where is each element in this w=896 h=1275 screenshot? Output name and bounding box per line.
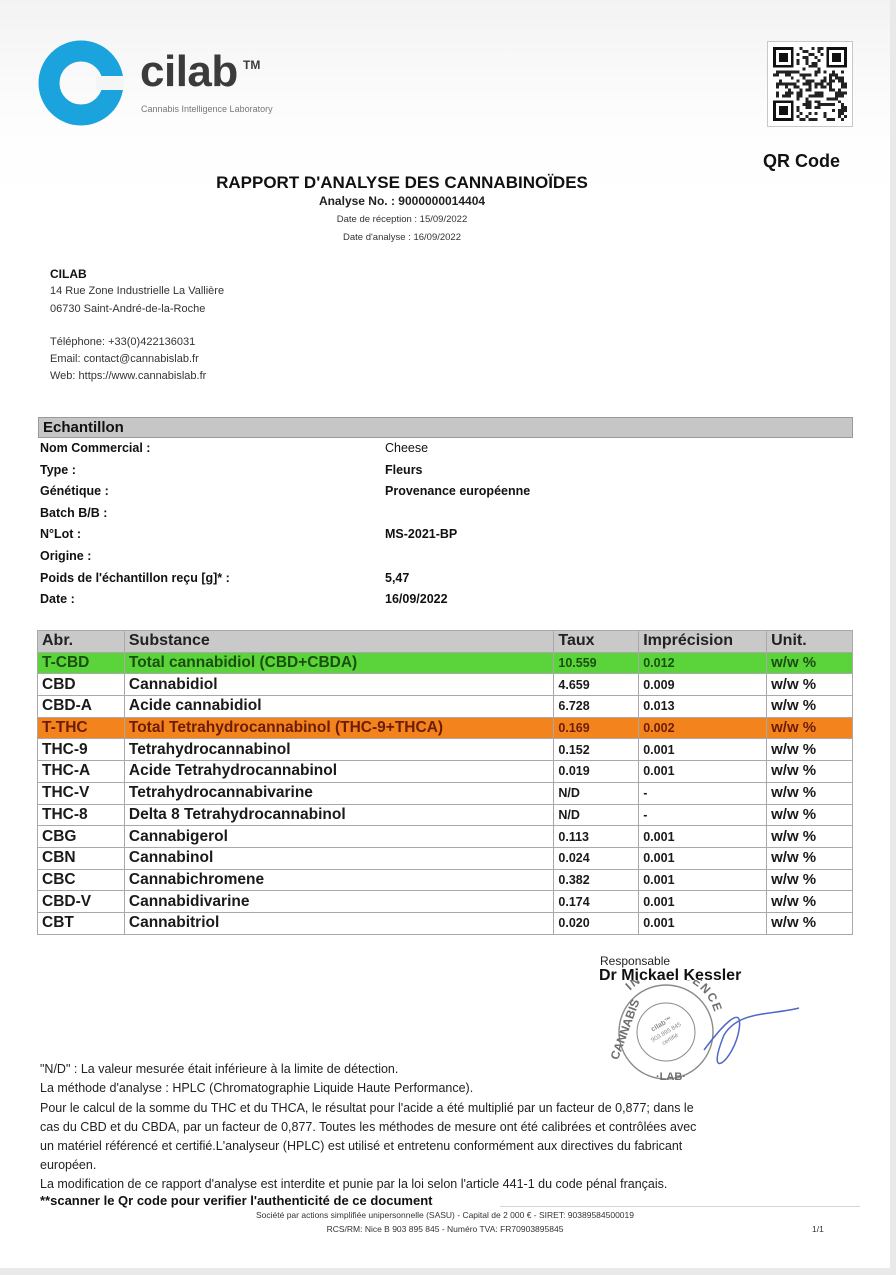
brand-tagline: Cannabis Intelligence Laboratory: [141, 104, 273, 114]
table-row: CBD-VCannabidivarine0.1740.001w/w %: [38, 891, 853, 913]
sample-field-label: Poids de l'échantillon reçu [g]* :: [40, 571, 230, 585]
cell-unit: w/w %: [767, 782, 853, 804]
table-row: CBCCannabichromene0.3820.001w/w %: [38, 869, 853, 891]
cell-imprecision: 0.001: [639, 869, 767, 891]
c-ring-logo-icon: [38, 40, 124, 126]
cell-imprecision: 0.001: [639, 739, 767, 761]
table-row: THC-9Tetrahydrocannabinol0.1520.001w/w %: [38, 739, 853, 761]
cell-abbr: THC-V: [38, 782, 125, 804]
cell-abbr: CBD-V: [38, 891, 125, 913]
signature-role: Responsable: [600, 954, 670, 968]
cell-substance: Total Tetrahydrocannabinol (THC-9+THCA): [124, 717, 554, 739]
table-row: CBDCannabidiol4.6590.009w/w %: [38, 674, 853, 696]
table-row: THC-8Delta 8 TetrahydrocannabinolN/D-w/w…: [38, 804, 853, 826]
cell-abbr: CBT: [38, 912, 125, 934]
page-number: 1/1: [812, 1224, 824, 1234]
cell-abbr: THC-A: [38, 761, 125, 783]
cell-rate: 0.019: [554, 761, 639, 783]
cell-abbr: CBC: [38, 869, 125, 891]
report-page: cilab TM Cannabis Intelligence Laborator…: [0, 0, 890, 1268]
sample-field-value: Fleurs: [385, 463, 423, 477]
cell-rate: 4.659: [554, 674, 639, 696]
note-method: La méthode d'analyse : HPLC (Chromatogra…: [40, 1079, 860, 1098]
cannabinoid-results-table: Abr. Substance Taux Imprécision Unit. T-…: [37, 630, 853, 935]
cell-rate: 0.169: [554, 717, 639, 739]
footer-company-info: Société par actions simplifiée uniperson…: [0, 1210, 890, 1220]
column-header-unit: Unit.: [767, 631, 853, 653]
note-nd: "N/D" : La valeur mesurée était inférieu…: [40, 1060, 860, 1079]
cell-rate: 10.559: [554, 652, 639, 674]
cell-unit: w/w %: [767, 804, 853, 826]
cell-rate: 6.728: [554, 696, 639, 718]
column-header-imprecision: Imprécision: [639, 631, 767, 653]
cell-rate: 0.152: [554, 739, 639, 761]
cell-substance: Cannabidiol: [124, 674, 554, 696]
table-row: T-THCTotal Tetrahydrocannabinol (THC-9+T…: [38, 717, 853, 739]
sample-field-label: Date :: [40, 592, 75, 606]
cell-abbr: CBG: [38, 826, 125, 848]
cell-imprecision: 0.012: [639, 652, 767, 674]
cell-imprecision: 0.001: [639, 847, 767, 869]
cell-imprecision: 0.001: [639, 912, 767, 934]
note-qr-instruction: **scanner le Qr code pour verifier l'aut…: [40, 1192, 860, 1211]
cell-rate: 0.113: [554, 826, 639, 848]
table-row: CBD-AAcide cannabidiol6.7280.013w/w %: [38, 696, 853, 718]
note-calc-line3: un matériel référencé et certifié.L'anal…: [40, 1137, 860, 1156]
cell-abbr: CBN: [38, 847, 125, 869]
table-row: CBGCannabigerol0.1130.001w/w %: [38, 826, 853, 848]
footer-divider: [500, 1206, 860, 1207]
cell-rate: 0.020: [554, 912, 639, 934]
sample-field-label: Batch B/B :: [40, 506, 107, 520]
note-calc-line4: européen.: [40, 1156, 860, 1175]
cell-rate: N/D: [554, 782, 639, 804]
cell-substance: Cannabitriol: [124, 912, 554, 934]
column-header-abbr: Abr.: [38, 631, 125, 653]
sample-field-label: Origine :: [40, 549, 91, 563]
lab-website[interactable]: Web: https://www.cannabislab.fr: [50, 370, 206, 382]
brand-name: cilab: [140, 50, 238, 94]
cell-substance: Delta 8 Tetrahydrocannabinol: [124, 804, 554, 826]
sample-field-value: 16/09/2022: [385, 592, 448, 606]
note-legal: La modification de ce rapport d'analyse …: [40, 1175, 860, 1194]
cell-unit: w/w %: [767, 674, 853, 696]
cell-abbr: T-THC: [38, 717, 125, 739]
column-header-rate: Taux: [554, 631, 639, 653]
cell-substance: Tetrahydrocannabivarine: [124, 782, 554, 804]
cell-substance: Cannabinol: [124, 847, 554, 869]
cell-rate: 0.382: [554, 869, 639, 891]
analysis-date: Date d'analyse : 16/09/2022: [0, 232, 804, 243]
cell-unit: w/w %: [767, 891, 853, 913]
cell-abbr: THC-9: [38, 739, 125, 761]
cell-abbr: THC-8: [38, 804, 125, 826]
cell-unit: w/w %: [767, 847, 853, 869]
cell-imprecision: 0.002: [639, 717, 767, 739]
qr-code-icon[interactable]: [767, 41, 853, 127]
cell-unit: w/w %: [767, 761, 853, 783]
cell-unit: w/w %: [767, 912, 853, 934]
cell-substance: Acide Tetrahydrocannabinol: [124, 761, 554, 783]
table-row: THC-VTetrahydrocannabivarineN/D-w/w %: [38, 782, 853, 804]
trademark: TM: [243, 58, 260, 72]
cell-unit: w/w %: [767, 696, 853, 718]
note-calc-line2: cas du CBD et du CBDA, par un facteur de…: [40, 1118, 860, 1137]
lab-phone: Téléphone: +33(0)422136031: [50, 336, 195, 348]
lab-name: CILAB: [50, 267, 87, 281]
sample-field-label: Génétique :: [40, 484, 109, 498]
cell-imprecision: 0.009: [639, 674, 767, 696]
sample-field-value: 5,47: [385, 571, 409, 585]
table-row: THC-AAcide Tetrahydrocannabinol0.0190.00…: [38, 761, 853, 783]
cell-rate: 0.174: [554, 891, 639, 913]
cell-imprecision: 0.001: [639, 761, 767, 783]
sample-field-value: Provenance européenne: [385, 484, 530, 498]
table-row: CBNCannabinol0.0240.001w/w %: [38, 847, 853, 869]
analysis-number: Analyse No. : 9000000014404: [0, 194, 804, 208]
sample-field-label: N°Lot :: [40, 527, 81, 541]
lab-address-line1: 14 Rue Zone Industrielle La Vallière: [50, 285, 224, 297]
cell-substance: Total cannabidiol (CBD+CBDA): [124, 652, 554, 674]
report-title: RAPPORT D'ANALYSE DES CANNABINOÏDES: [0, 173, 804, 193]
table-row: T-CBDTotal cannabidiol (CBD+CBDA)10.5590…: [38, 652, 853, 674]
sample-field-label: Type :: [40, 463, 76, 477]
lab-address-line2: 06730 Saint-André-de-la-Roche: [50, 303, 205, 315]
cell-unit: w/w %: [767, 739, 853, 761]
cell-substance: Tetrahydrocannabinol: [124, 739, 554, 761]
footer-registration: RCS/RM: Nice B 903 895 845 - Numéro TVA:…: [0, 1224, 890, 1234]
cell-substance: Cannabidivarine: [124, 891, 554, 913]
cell-abbr: T-CBD: [38, 652, 125, 674]
cell-imprecision: 0.001: [639, 826, 767, 848]
cell-substance: Acide cannabidiol: [124, 696, 554, 718]
lab-email[interactable]: Email: contact@cannabislab.fr: [50, 353, 199, 365]
sample-field-label: Nom Commercial :: [40, 441, 150, 455]
handwritten-signature-icon: [704, 1008, 799, 1064]
cell-unit: w/w %: [767, 652, 853, 674]
cell-unit: w/w %: [767, 826, 853, 848]
sample-field-value: Cheese: [385, 441, 428, 455]
cell-unit: w/w %: [767, 869, 853, 891]
cell-abbr: CBD: [38, 674, 125, 696]
note-calc-line1: Pour le calcul de la somme du THC et du …: [40, 1099, 860, 1118]
cell-rate: 0.024: [554, 847, 639, 869]
cell-imprecision: 0.013: [639, 696, 767, 718]
qr-code-label: QR Code: [763, 151, 840, 172]
column-header-substance: Substance: [124, 631, 554, 653]
cell-rate: N/D: [554, 804, 639, 826]
sample-section-header: Echantillon: [38, 417, 853, 438]
reception-date: Date de réception : 15/09/2022: [0, 214, 804, 225]
cell-abbr: CBD-A: [38, 696, 125, 718]
cell-imprecision: -: [639, 804, 767, 826]
cell-substance: Cannabigerol: [124, 826, 554, 848]
cell-imprecision: 0.001: [639, 891, 767, 913]
cell-imprecision: -: [639, 782, 767, 804]
table-header-row: Abr. Substance Taux Imprécision Unit.: [38, 631, 853, 653]
cell-substance: Cannabichromene: [124, 869, 554, 891]
cell-unit: w/w %: [767, 717, 853, 739]
table-row: CBTCannabitriol0.0200.001w/w %: [38, 912, 853, 934]
sample-field-value: MS-2021-BP: [385, 527, 457, 541]
